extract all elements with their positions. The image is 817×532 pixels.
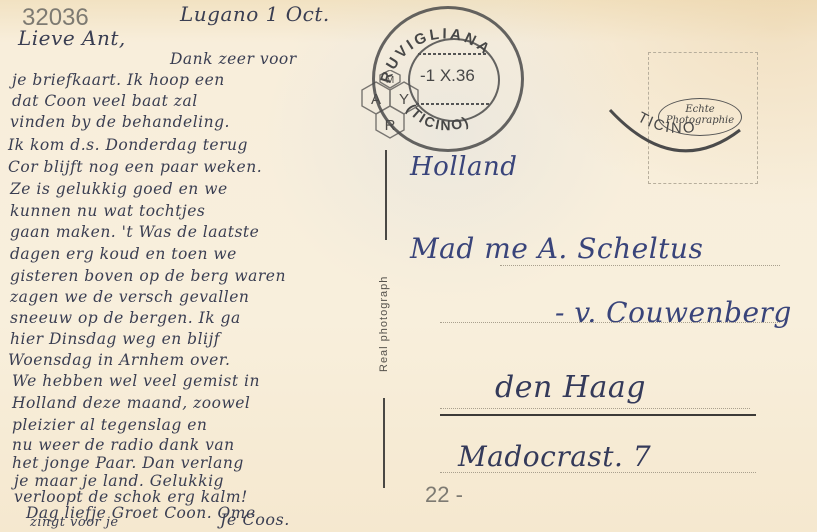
message-line: kunnen nu wat tochtjes	[10, 204, 205, 220]
address-street: Madocrast. 7	[458, 440, 651, 473]
message-line: vinden by de behandeling.	[10, 115, 230, 131]
message-line: nu weer de radio dank van	[12, 438, 235, 454]
postmark-region: (TICINO)	[404, 101, 473, 133]
message-line: Holland deze maand, zoowel	[12, 396, 250, 412]
message-line: Ze is gelukkig goed en we	[10, 182, 228, 198]
message-line: zingt voor je	[30, 516, 119, 529]
message-greeting: Lieve Ant,	[18, 26, 126, 50]
real-photograph-label: Real photograph	[378, 276, 390, 372]
message-line: dat Coon veel baat zal	[12, 94, 198, 110]
postcard-back: 32036 Lugano 1 Oct. Lieve Ant, Dank zeer…	[0, 0, 817, 532]
postmark-partial-region: TICINO	[635, 109, 698, 137]
message-line: het jonge Paar. Dan verlang	[12, 456, 244, 472]
address-city-underline	[440, 414, 756, 416]
divider-line-bottom	[383, 398, 385, 488]
message-line: dagen erg koud en toen we	[10, 247, 237, 263]
address-city: den Haag	[495, 370, 646, 405]
message-signature: Je Coos.	[220, 510, 290, 529]
message-line: Cor blijft nog een paar weken.	[8, 160, 262, 176]
price-note: 22 -	[425, 482, 463, 508]
divider-line-top	[385, 150, 387, 240]
address-dotted-line	[440, 408, 750, 409]
message-line: gisteren boven op de berg waren	[10, 269, 286, 285]
message-line: sneeuw op de bergen. Ik ga	[10, 311, 241, 327]
message-line: We hebben wel veel gemist in	[12, 374, 260, 390]
message-line: je briefkaart. Ik hoop een	[12, 73, 225, 89]
message-place-date: Lugano 1 Oct.	[180, 2, 330, 26]
address-dotted-line	[440, 472, 756, 473]
svg-text:(TICINO): (TICINO)	[404, 101, 473, 133]
message-line: Dank zeer voor	[170, 52, 297, 68]
message-line: hier Dinsdag weg en blijf	[10, 332, 220, 348]
address-dotted-line	[440, 322, 780, 323]
postmark-date: -1 X.36	[420, 66, 475, 86]
svg-text:TICINO: TICINO	[635, 109, 698, 137]
postmark-partial-ticino: TICINO	[600, 80, 760, 170]
address-dotted-line	[500, 265, 780, 266]
message-line: gaan maken. 't Was de laatste	[10, 225, 259, 241]
message-line: pleizier al tegenslag en	[12, 418, 207, 434]
message-line: zagen we de versch gevallen	[10, 290, 249, 306]
message-line: Woensdag in Arnhem over.	[8, 353, 230, 369]
address-name-line2: - v. Couwenberg	[555, 296, 792, 329]
message-line: Ik kom d.s. Donderdag terug	[8, 138, 248, 154]
address-name-line1: Mad me A. Scheltus	[410, 232, 703, 265]
address-country: Holland	[410, 152, 517, 182]
